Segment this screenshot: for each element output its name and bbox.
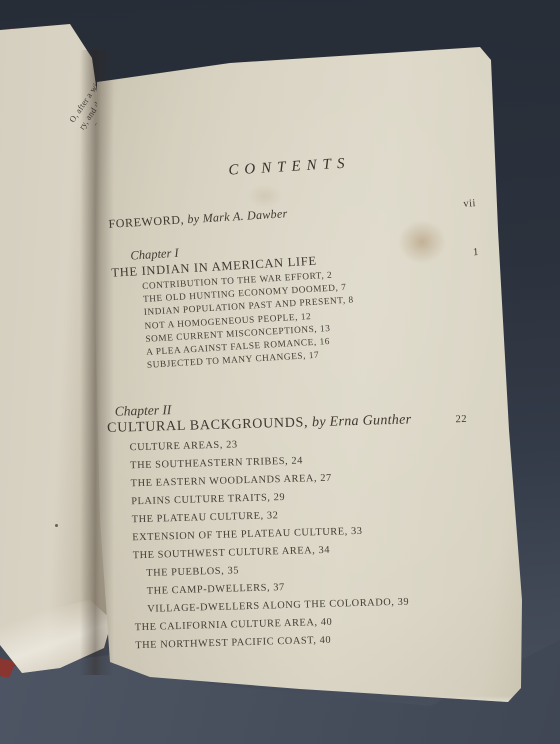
chapter-2-byline: by Erna Gunther bbox=[308, 412, 412, 430]
chapter-2: Chapter II CULTURAL BACKGROUNDS, by Erna… bbox=[105, 394, 474, 656]
chapter-1-page-number: 1 bbox=[473, 247, 479, 258]
foreword-label: FOREWORD, bbox=[108, 212, 184, 230]
foreword-page-number: vii bbox=[463, 198, 476, 210]
dust-speck bbox=[55, 524, 58, 527]
chapter-2-sections: CULTURE AREAS, 23THE SOUTHEASTERN TRIBES… bbox=[106, 430, 474, 656]
foreword-entry: FOREWORD, by Mark A. Dawber bbox=[108, 206, 288, 232]
chapter-1: Chapter I THE INDIAN IN AMERICAN LIFE 1 … bbox=[110, 228, 485, 375]
contents-upper-block: CONTENTS FOREWORD, by Mark A. Dawber vii… bbox=[104, 126, 485, 375]
contents-title: CONTENTS bbox=[105, 148, 473, 187]
foreword-byline: by Mark A. Dawber bbox=[184, 206, 288, 226]
foreword-row: FOREWORD, by Mark A. Dawber vii bbox=[108, 195, 476, 232]
contents-lower-block: Chapter II CULTURAL BACKGROUNDS, by Erna… bbox=[104, 376, 473, 656]
chapter-2-page-number: 22 bbox=[455, 414, 467, 425]
